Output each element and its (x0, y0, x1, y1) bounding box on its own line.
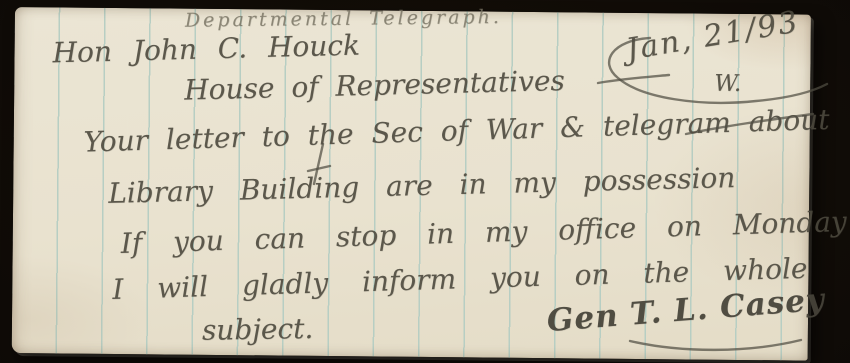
date-initial: W. (714, 71, 741, 97)
date-text: Jan, 21/93 (624, 4, 802, 67)
header-caption: Departmental Telegraph. (185, 6, 502, 32)
recipient-name: Hon John C. Houck (52, 29, 360, 70)
body-line-5: subject. (202, 312, 314, 347)
note-paper: Departmental Telegraph. Jan, 21/93 W. Ho… (12, 7, 811, 361)
recipient-address: House of Representatives (184, 64, 565, 107)
body-line-1: Your letter to the Sec of War & telegram… (83, 103, 830, 159)
scan-backdrop: Departmental Telegraph. Jan, 21/93 W. Ho… (0, 0, 850, 363)
body-line-2: Library Building are in my possession (108, 161, 736, 210)
body-line-3: If you can stop in my office on Monday (120, 205, 847, 260)
